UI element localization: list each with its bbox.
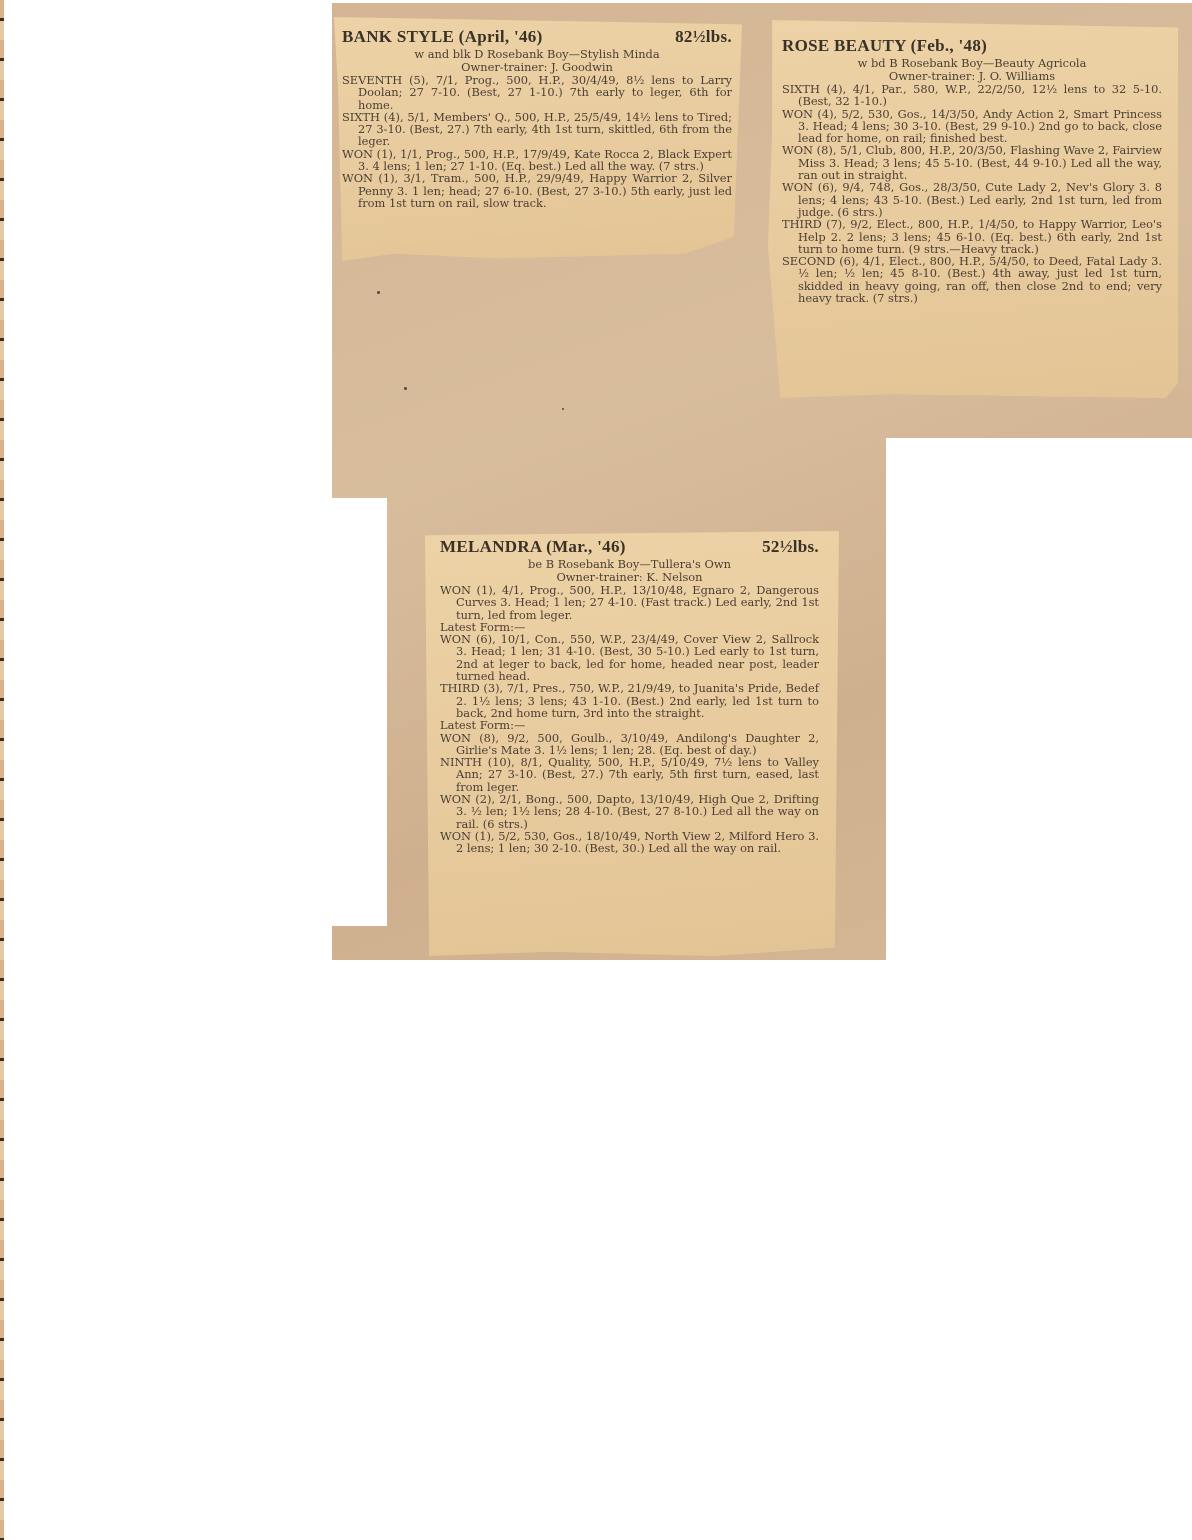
dog-name: ROSE BEAUTY (Feb., '48) [782,36,987,56]
race-entry: WON (8), 9/2, 500, Goulb., 3/10/49, Andi… [440,732,819,757]
race-entry: SECOND (6), 4/1, Elect., 800, H.P., 5/4/… [782,255,1162,304]
dog-name: BANK STYLE (April, '46) [342,27,543,47]
race-entry: WON (1), 1/1, Prog., 500, H.P., 17/9/49,… [342,148,732,173]
paper-speck [377,291,380,294]
race-entry: SEVENTH (5), 7/1, Prog., 500, H.P., 30/4… [342,74,732,111]
race-entry: WON (1), 3/1, Tram., 500, H.P., 29/9/49,… [342,172,732,209]
race-entry: THIRD (7), 9/2, Elect., 800, H.P., 1/4/5… [782,218,1162,255]
race-entry: WON (1), 5/2, 530, Gos., 18/10/49, North… [440,830,819,855]
blank-area [886,438,1192,988]
paper-speck [562,408,564,410]
race-entry: WON (8), 5/1, Club, 800, H.P., 20/3/50, … [782,144,1162,181]
race-entry: WON (4), 5/2, 530, Gos., 14/3/50, Andy A… [782,108,1162,145]
dog-weight: 82½lbs. [675,27,732,47]
race-entry: SIXTH (4), 4/1, Par., 580, W.P., 22/2/50… [782,83,1162,108]
blank-area [332,498,387,926]
clipping-rose-beauty: ROSE BEAUTY (Feb., '48) w bd B Rosebank … [768,20,1178,398]
race-entry: WON (6), 9/4, 748, Gos., 28/3/50, Cute L… [782,181,1162,218]
race-entry: WON (1), 4/1, Prog., 500, H.P., 13/10/48… [440,584,819,621]
race-entry: SIXTH (4), 5/1, Members' Q., 500, H.P., … [342,111,732,148]
dog-name: MELANDRA (Mar., '46) [440,537,626,557]
paper-speck [404,387,407,390]
dog-weight: 52½lbs. [762,537,819,557]
race-entry: NINTH (10), 8/1, Quality, 500, H.P., 5/1… [440,756,819,793]
blank-area [332,960,1192,1540]
clipping-headline: ROSE BEAUTY (Feb., '48) [782,36,1162,56]
race-entry: WON (6), 10/1, Con., 550, W.P., 23/4/49,… [440,633,819,682]
clipping-headline: BANK STYLE (April, '46) 82½lbs. [342,27,732,47]
clipping-melandra: MELANDRA (Mar., '46) 52½lbs. be B Roseba… [425,531,839,956]
clipping-bank-style: BANK STYLE (April, '46) 82½lbs. w and bl… [334,17,742,261]
clipping-headline: MELANDRA (Mar., '46) 52½lbs. [440,537,819,557]
race-entry: WON (2), 2/1, Bong., 500, Dapto, 13/10/4… [440,793,819,830]
latest-form-label: Latest Form:— [440,719,819,731]
adjacent-scan-edge [0,0,4,1540]
race-entry: THIRD (3), 7/1, Pres., 750, W.P., 21/9/4… [440,682,819,719]
